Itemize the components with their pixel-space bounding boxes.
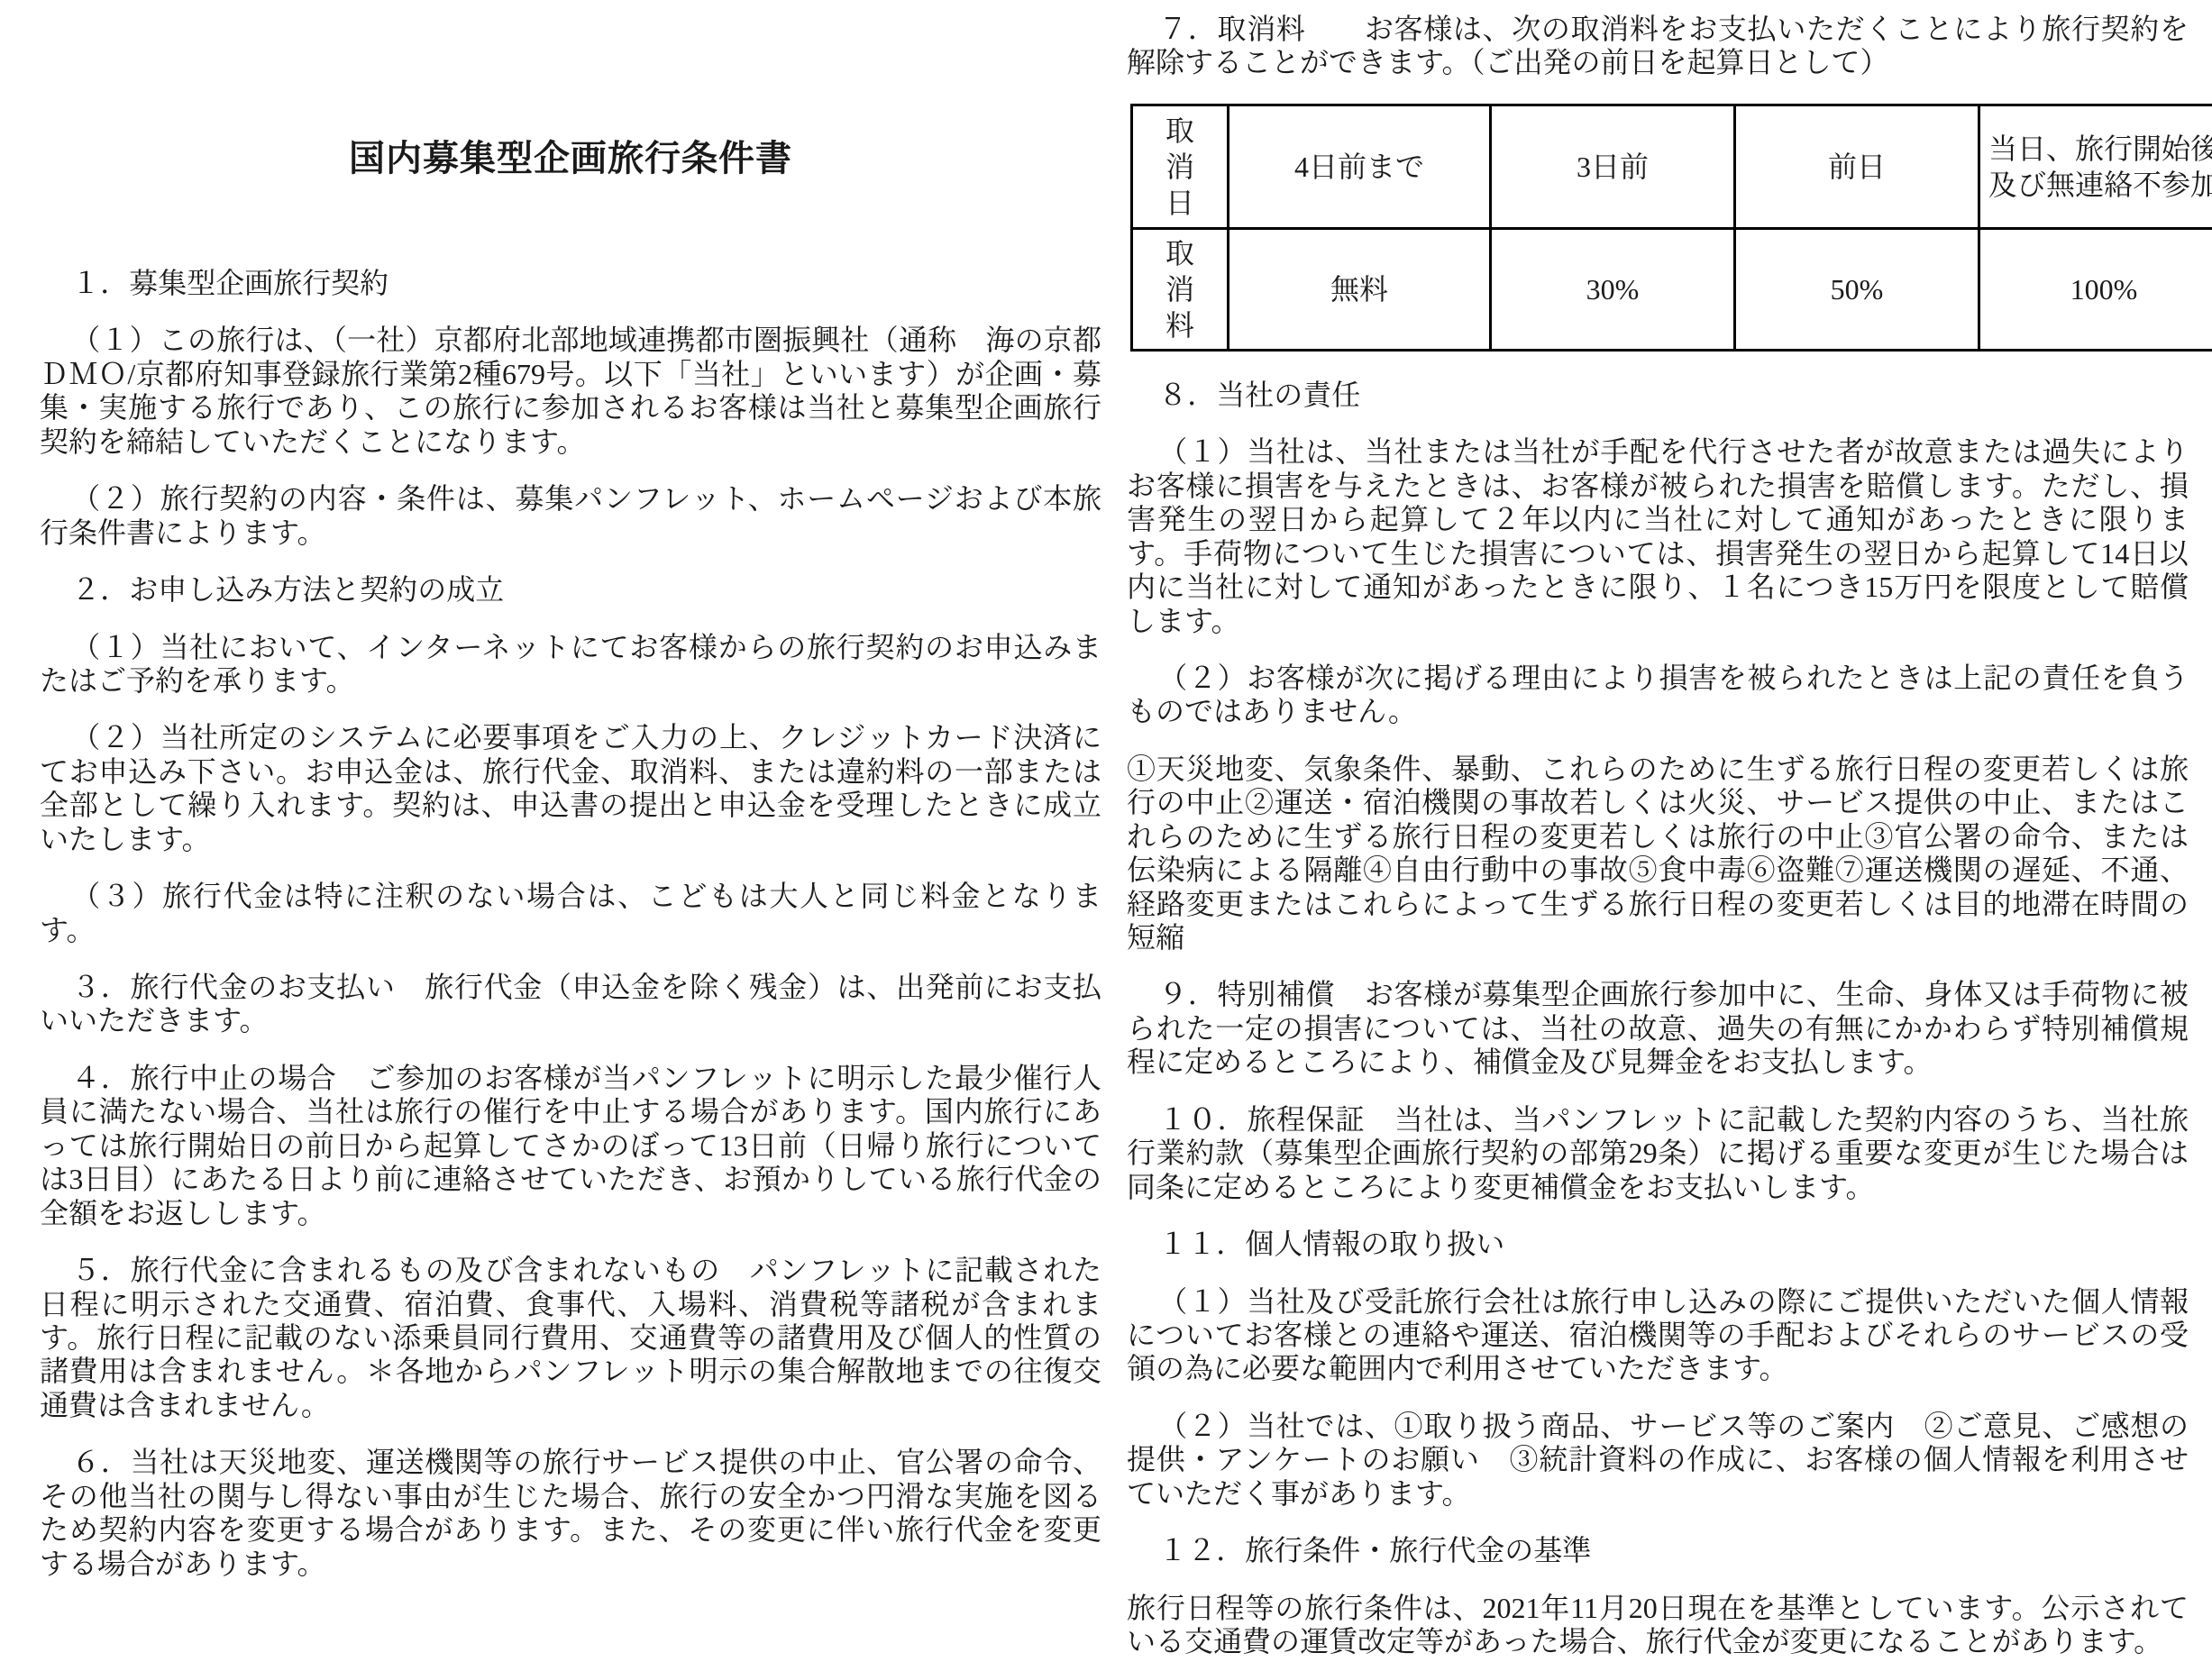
fee-cell-100: 100% xyxy=(1979,228,2212,350)
section-12-heading: １２．旅行条件・旅行代金の基準 xyxy=(1127,1534,2189,1567)
cancellation-date-row: 取 消 日 4日前まで 3日前 前日 当日、旅行開始後及び無連絡不参加 xyxy=(1132,105,2212,228)
cancellation-fee-table: 取 消 日 4日前まで 3日前 前日 当日、旅行開始後及び無連絡不参加 取 消 … xyxy=(1130,104,2212,352)
section-1-item-2: （２）旅行契約の内容・条件は、募集パンフレット、ホームページおよび本旅行条件書に… xyxy=(40,482,1101,550)
section-8-item-2: （２）お客様が次に掲げる理由により損害を被られたときは上記の責任を負うものではあ… xyxy=(1127,662,2189,729)
section-8-heading: ８．当社の責任 xyxy=(1127,379,2189,412)
section-12-body: 旅行日程等の旅行条件は、2021年11月20日現在を基準としています。公示されて… xyxy=(1127,1592,2189,1659)
section-3-paragraph: ３．旅行代金のお支払い 旅行代金（申込金を除く残金）は、出発前にお支払いいただき… xyxy=(40,971,1101,1038)
section-8-item-1: （１）当社は、当社または当社が手配を代行させた者が故意または過失によりお客様に損… xyxy=(1127,435,2189,638)
cancel-fee-label-cell: 取 消 料 xyxy=(1132,228,1229,350)
cancellation-fee-row: 取 消 料 無料 30% 50% 100% xyxy=(1132,228,2212,350)
right-column: ７．取消料 お客様は、次の取消料をお支払いただくことにより旅行契約を解除すること… xyxy=(1127,13,2189,1662)
section-2-item-3: （３）旅行代金は特に注釈のない場合は、こどもは大人と同じ料金となります。 xyxy=(40,880,1101,947)
left-column: 国内募集型企画旅行条件書 １．募集型企画旅行契約 （１）この旅行は、（一社）京都… xyxy=(40,13,1101,1662)
section-8-reason-list: ①天災地変、気象条件、暴動、これらのために生ずる旅行日程の変更若しくは旅行の中止… xyxy=(1127,753,2189,955)
section-11-item-2: （２）当社では、①取り扱う商品、サービス等のご案内 ②ご意見、ご感想の提供・アン… xyxy=(1127,1410,2189,1511)
section-1-heading: １．募集型企画旅行契約 xyxy=(40,267,1101,300)
section-10-paragraph: １０．旅程保証 当社は、当パンフレットに記載した契約内容のうち、当社旅行業約款（… xyxy=(1127,1103,2189,1204)
section-6-paragraph: ６．当社は天災地変、運送機関等の旅行サービス提供の中止、官公署の命令、その他当社… xyxy=(40,1446,1101,1581)
header-cell-3days: 3日前 xyxy=(1491,105,1735,228)
header-cell-day-before: 前日 xyxy=(1735,105,1979,228)
section-9-paragraph: ９．特別補償 お客様が募集型企画旅行参加中に、生命、身体又は手荷物に被られた一定… xyxy=(1127,978,2189,1079)
fee-cell-30: 30% xyxy=(1491,228,1735,350)
header-cell-4days: 4日前まで xyxy=(1229,105,1491,228)
section-4-paragraph: ４．旅行中止の場合 ご参加のお客様が当パンフレットに明示した最少催行人員に満たな… xyxy=(40,1062,1101,1230)
document-title: 国内募集型企画旅行条件書 xyxy=(40,137,1101,180)
section-11-item-1: （１）当社及び受託旅行会社は旅行申し込みの際にご提供いただいた個人情報についてお… xyxy=(1127,1285,2189,1386)
section-11-heading: １１．個人情報の取り扱い xyxy=(1127,1228,2189,1261)
cancel-date-label-cell: 取 消 日 xyxy=(1132,105,1229,228)
section-1-item-1: （１）この旅行は、（一社）京都府北部地域連携都市圏振興社（通称 海の京都ＤＭＯ/… xyxy=(40,324,1101,459)
section-2-heading: ２．お申し込み方法と契約の成立 xyxy=(40,573,1101,607)
section-5-paragraph: ５．旅行代金に含まれるもの及び含まれないもの パンフレットに記載された日程に明示… xyxy=(40,1254,1101,1422)
fee-cell-50: 50% xyxy=(1735,228,1979,350)
header-cell-same-day: 当日、旅行開始後及び無連絡不参加 xyxy=(1979,105,2212,228)
section-2-item-1: （１）当社において、インターネットにてお客様からの旅行契約のお申込みまたはご予約… xyxy=(40,631,1101,699)
fee-cell-free: 無料 xyxy=(1229,228,1491,350)
travel-conditions-document: 国内募集型企画旅行条件書 １．募集型企画旅行契約 （１）この旅行は、（一社）京都… xyxy=(0,0,2212,1662)
section-2-item-2: （２）当社所定のシステムに必要事項をご入力の上、クレジットカード決済にてお申込み… xyxy=(40,721,1101,856)
section-7-paragraph: ７．取消料 お客様は、次の取消料をお支払いただくことにより旅行契約を解除すること… xyxy=(1127,13,2189,80)
